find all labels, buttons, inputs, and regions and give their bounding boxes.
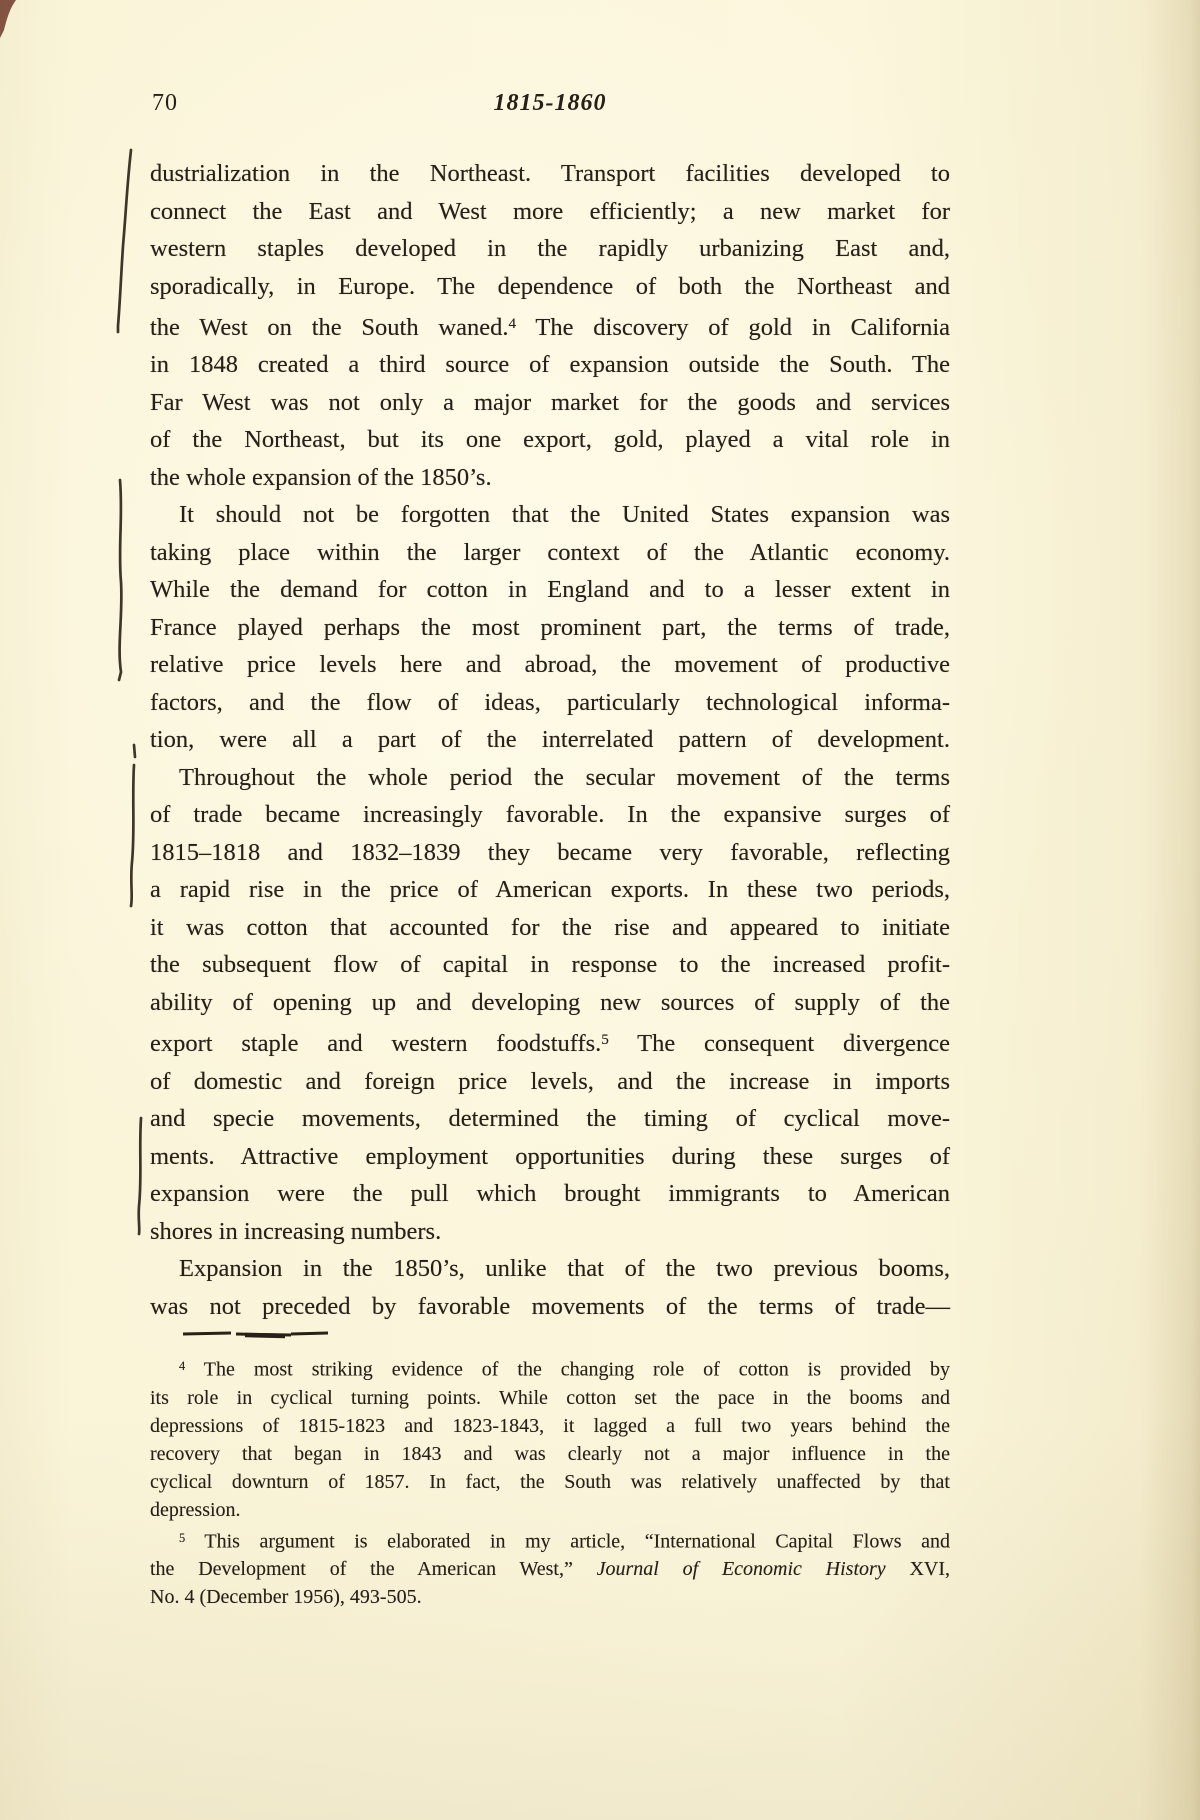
margin-pen-mark [131, 745, 135, 906]
page-header: 70 1815-1860 [150, 90, 950, 122]
text-line: Expansion in the 1850’s, unlike that of … [150, 1250, 950, 1288]
text-line: Far West was not only a major market for… [150, 384, 950, 422]
text-line: the Development of the American West,” J… [150, 1555, 950, 1583]
text-line: dustrialization in the Northeast. Transp… [150, 155, 950, 193]
text-line: expansion were the pull which brought im… [150, 1175, 950, 1213]
text-line: 5 This argument is elaborated in my arti… [150, 1524, 950, 1556]
book-page: 70 1815-1860 dustrialization in the Nort… [0, 0, 1200, 1820]
text-line: depressions of 1815-1823 and 1823-1843, … [150, 1412, 950, 1440]
text-line: of the Northeast, but its one export, go… [150, 421, 950, 459]
text-line: cyclical downturn of 1857. In fact, the … [150, 1468, 950, 1496]
running-title: 1815-1860 [150, 90, 950, 117]
paragraph: 5 This argument is elaborated in my arti… [150, 1524, 950, 1612]
text-line: 1815–1818 and 1832–1839 they became very… [150, 834, 950, 872]
text-line: export staple and western foodstuffs.5 T… [150, 1021, 950, 1062]
text-line: was not preceded by favorable movements … [150, 1288, 950, 1326]
text-line: tion, were all a part of the interrelate… [150, 721, 950, 759]
footnote-separator-rule-heavy [245, 1335, 285, 1336]
paragraph: dustrialization in the Northeast. Transp… [150, 155, 950, 496]
paragraph: Throughout the whole period the secular … [150, 759, 950, 1250]
footnote-separator-rule [183, 1333, 328, 1335]
paragraph: It should not be forgotten that the Unit… [150, 496, 950, 759]
text-line: factors, and the flow of ideas, particul… [150, 684, 950, 722]
text-line: No. 4 (December 1956), 493-505. [150, 1583, 950, 1611]
text-line: and specie movements, determined the tim… [150, 1100, 950, 1138]
paragraph: Expansion in the 1850’s, unlike that of … [150, 1250, 950, 1325]
text-line: It should not be forgotten that the Unit… [150, 496, 950, 534]
text-line: the subsequent flow of capital in respon… [150, 946, 950, 984]
text-line: While the demand for cotton in England a… [150, 571, 950, 609]
text-line: the West on the South waned.4 The discov… [150, 305, 950, 346]
text-line: the whole expansion of the 1850’s. [150, 459, 950, 497]
body-text: dustrialization in the Northeast. Transp… [150, 155, 950, 1325]
text-line: France played perhaps the most prominent… [150, 609, 950, 647]
text-line: western staples developed in the rapidly… [150, 230, 950, 268]
text-line: relative price levels here and abroad, t… [150, 646, 950, 684]
text-line: recovery that began in 1843 and was clea… [150, 1440, 950, 1468]
page-number: 70 [152, 90, 178, 117]
margin-pen-mark [118, 150, 131, 332]
text-line: shores in increasing numbers. [150, 1213, 950, 1251]
text-line: ments. Attractive employment opportuniti… [150, 1138, 950, 1176]
text-line: connect the East and West more efficient… [150, 193, 950, 231]
text-line: its role in cyclical turning points. Whi… [150, 1384, 950, 1412]
margin-pen-mark [119, 480, 121, 680]
text-line: 4 The most striking evidence of the chan… [150, 1352, 950, 1384]
text-line: depression. [150, 1496, 950, 1524]
text-line: a rapid rise in the price of American ex… [150, 871, 950, 909]
text-line: taking place within the larger context o… [150, 534, 950, 572]
text-line: of domestic and foreign price levels, an… [150, 1063, 950, 1101]
corner-smudge [0, 0, 16, 38]
text-line: ability of opening up and developing new… [150, 984, 950, 1022]
text-line: of trade became increasingly favorable. … [150, 796, 950, 834]
text-line: it was cotton that accounted for the ris… [150, 909, 950, 947]
text-line: Throughout the whole period the secular … [150, 759, 950, 797]
text-line: in 1848 created a third source of expans… [150, 346, 950, 384]
margin-pen-mark [139, 1118, 141, 1234]
paragraph: 4 The most striking evidence of the chan… [150, 1352, 950, 1524]
text-line: sporadically, in Europe. The dependence … [150, 268, 950, 306]
footnotes: 4 The most striking evidence of the chan… [150, 1352, 950, 1611]
